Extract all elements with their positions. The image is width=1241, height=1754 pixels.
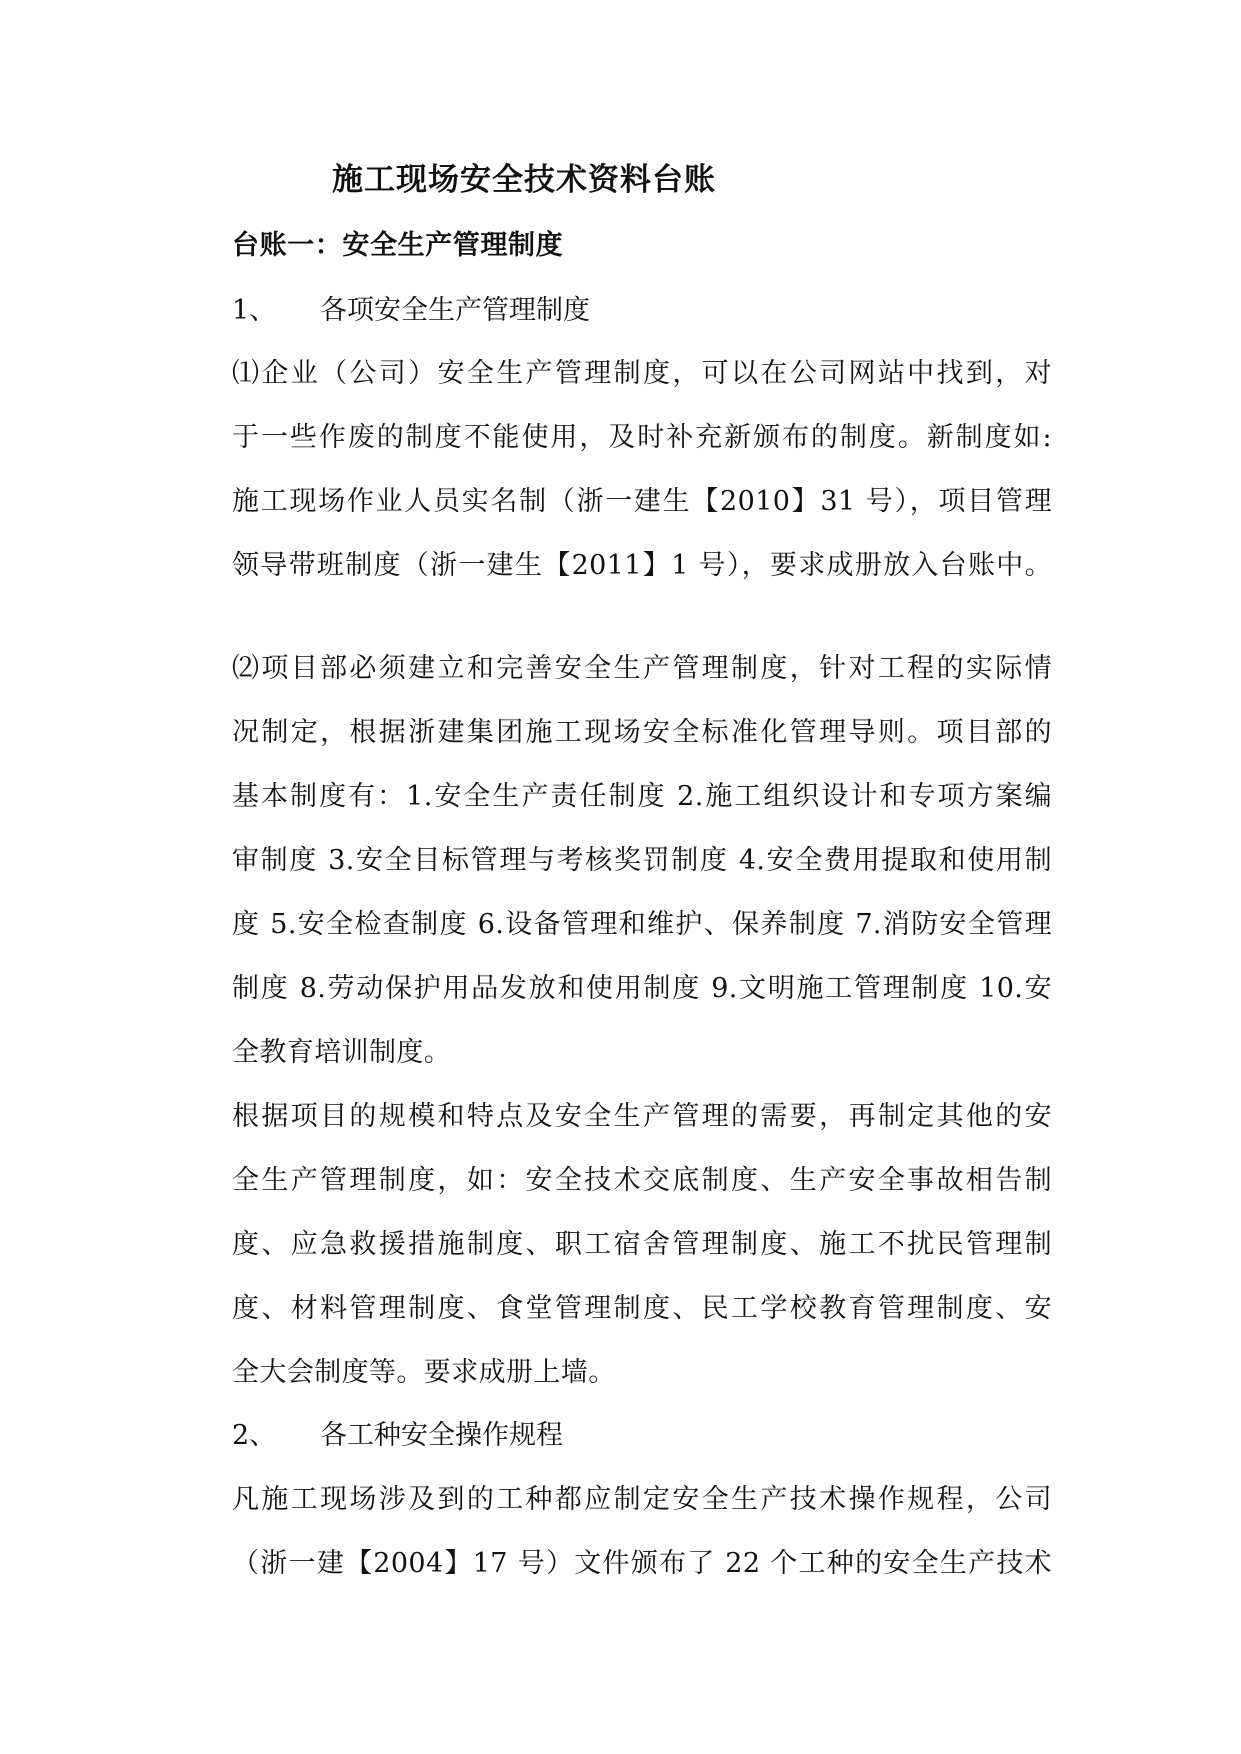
item-heading: 各工种安全操作规程 — [320, 1420, 563, 1451]
text-line: 审制度 3.安全目标管理与考核奖罚制度 4.安全费用提取和使用制 — [232, 843, 1052, 879]
document-page: 施工现场安全技术资料台账 台账一：安全生产管理制度 1、各项安全生产管理制度 ⑴… — [0, 0, 1241, 1754]
text-line: 领导带班制度（浙一建生【2011】1 号），要求成册放入台账中。 — [232, 548, 1052, 584]
text-line: 度、应急救援措施制度、职工宿舍管理制度、施工不扰民管理制 — [232, 1227, 1052, 1263]
item-number: 1、 — [232, 293, 320, 329]
text-line: 于一些作废的制度不能使用，及时补充新颁布的制度。新制度如: — [232, 420, 1052, 456]
section-heading: 台账一：安全生产管理制度 — [232, 228, 563, 264]
text-line: 凡施工现场涉及到的工种都应制定安全生产技术操作规程，公司 — [232, 1482, 1052, 1518]
text-line: 施工现场作业人员实名制（浙一建生【2010】31 号），项目管理 — [232, 484, 1052, 520]
numbered-heading-2: 2、各工种安全操作规程 — [232, 1418, 563, 1454]
numbered-heading-1: 1、各项安全生产管理制度 — [232, 293, 590, 329]
text-line: （浙一建【2004】17 号）文件颁布了 22 个工种的安全生产技术 — [232, 1546, 1052, 1582]
text-line: 根据项目的规模和特点及安全生产管理的需要，再制定其他的安 — [232, 1099, 1052, 1135]
item-number: 2、 — [232, 1418, 320, 1454]
text-line: ⑵项目部必须建立和完善安全生产管理制度，针对工程的实际情 — [232, 651, 1052, 687]
text-line: 基本制度有：1.安全生产责任制度 2.施工组织设计和专项方案编 — [232, 779, 1052, 815]
text-line: 度、材料管理制度、食堂管理制度、民工学校教育管理制度、安 — [232, 1291, 1052, 1327]
text-line: 全生产管理制度，如：安全技术交底制度、生产安全事故相告制 — [232, 1163, 1052, 1199]
text-line: 况制定，根据浙建集团施工现场安全标准化管理导则。项目部的 — [232, 715, 1052, 751]
text-line: 全教育培训制度。 — [232, 1035, 1052, 1071]
text-line: ⑴企业（公司）安全生产管理制度，可以在公司网站中找到，对 — [232, 356, 1052, 392]
text-line: 全大会制度等。要求成册上墙。 — [232, 1355, 1052, 1391]
item-heading: 各项安全生产管理制度 — [320, 295, 590, 326]
document-title: 施工现场安全技术资料台账 — [332, 160, 716, 200]
text-line: 度 5.安全检查制度 6.设备管理和维护、保养制度 7.消防安全管理 — [232, 907, 1052, 943]
text-line: 制度 8.劳动保护用品发放和使用制度 9.文明施工管理制度 10.安 — [232, 971, 1052, 1007]
